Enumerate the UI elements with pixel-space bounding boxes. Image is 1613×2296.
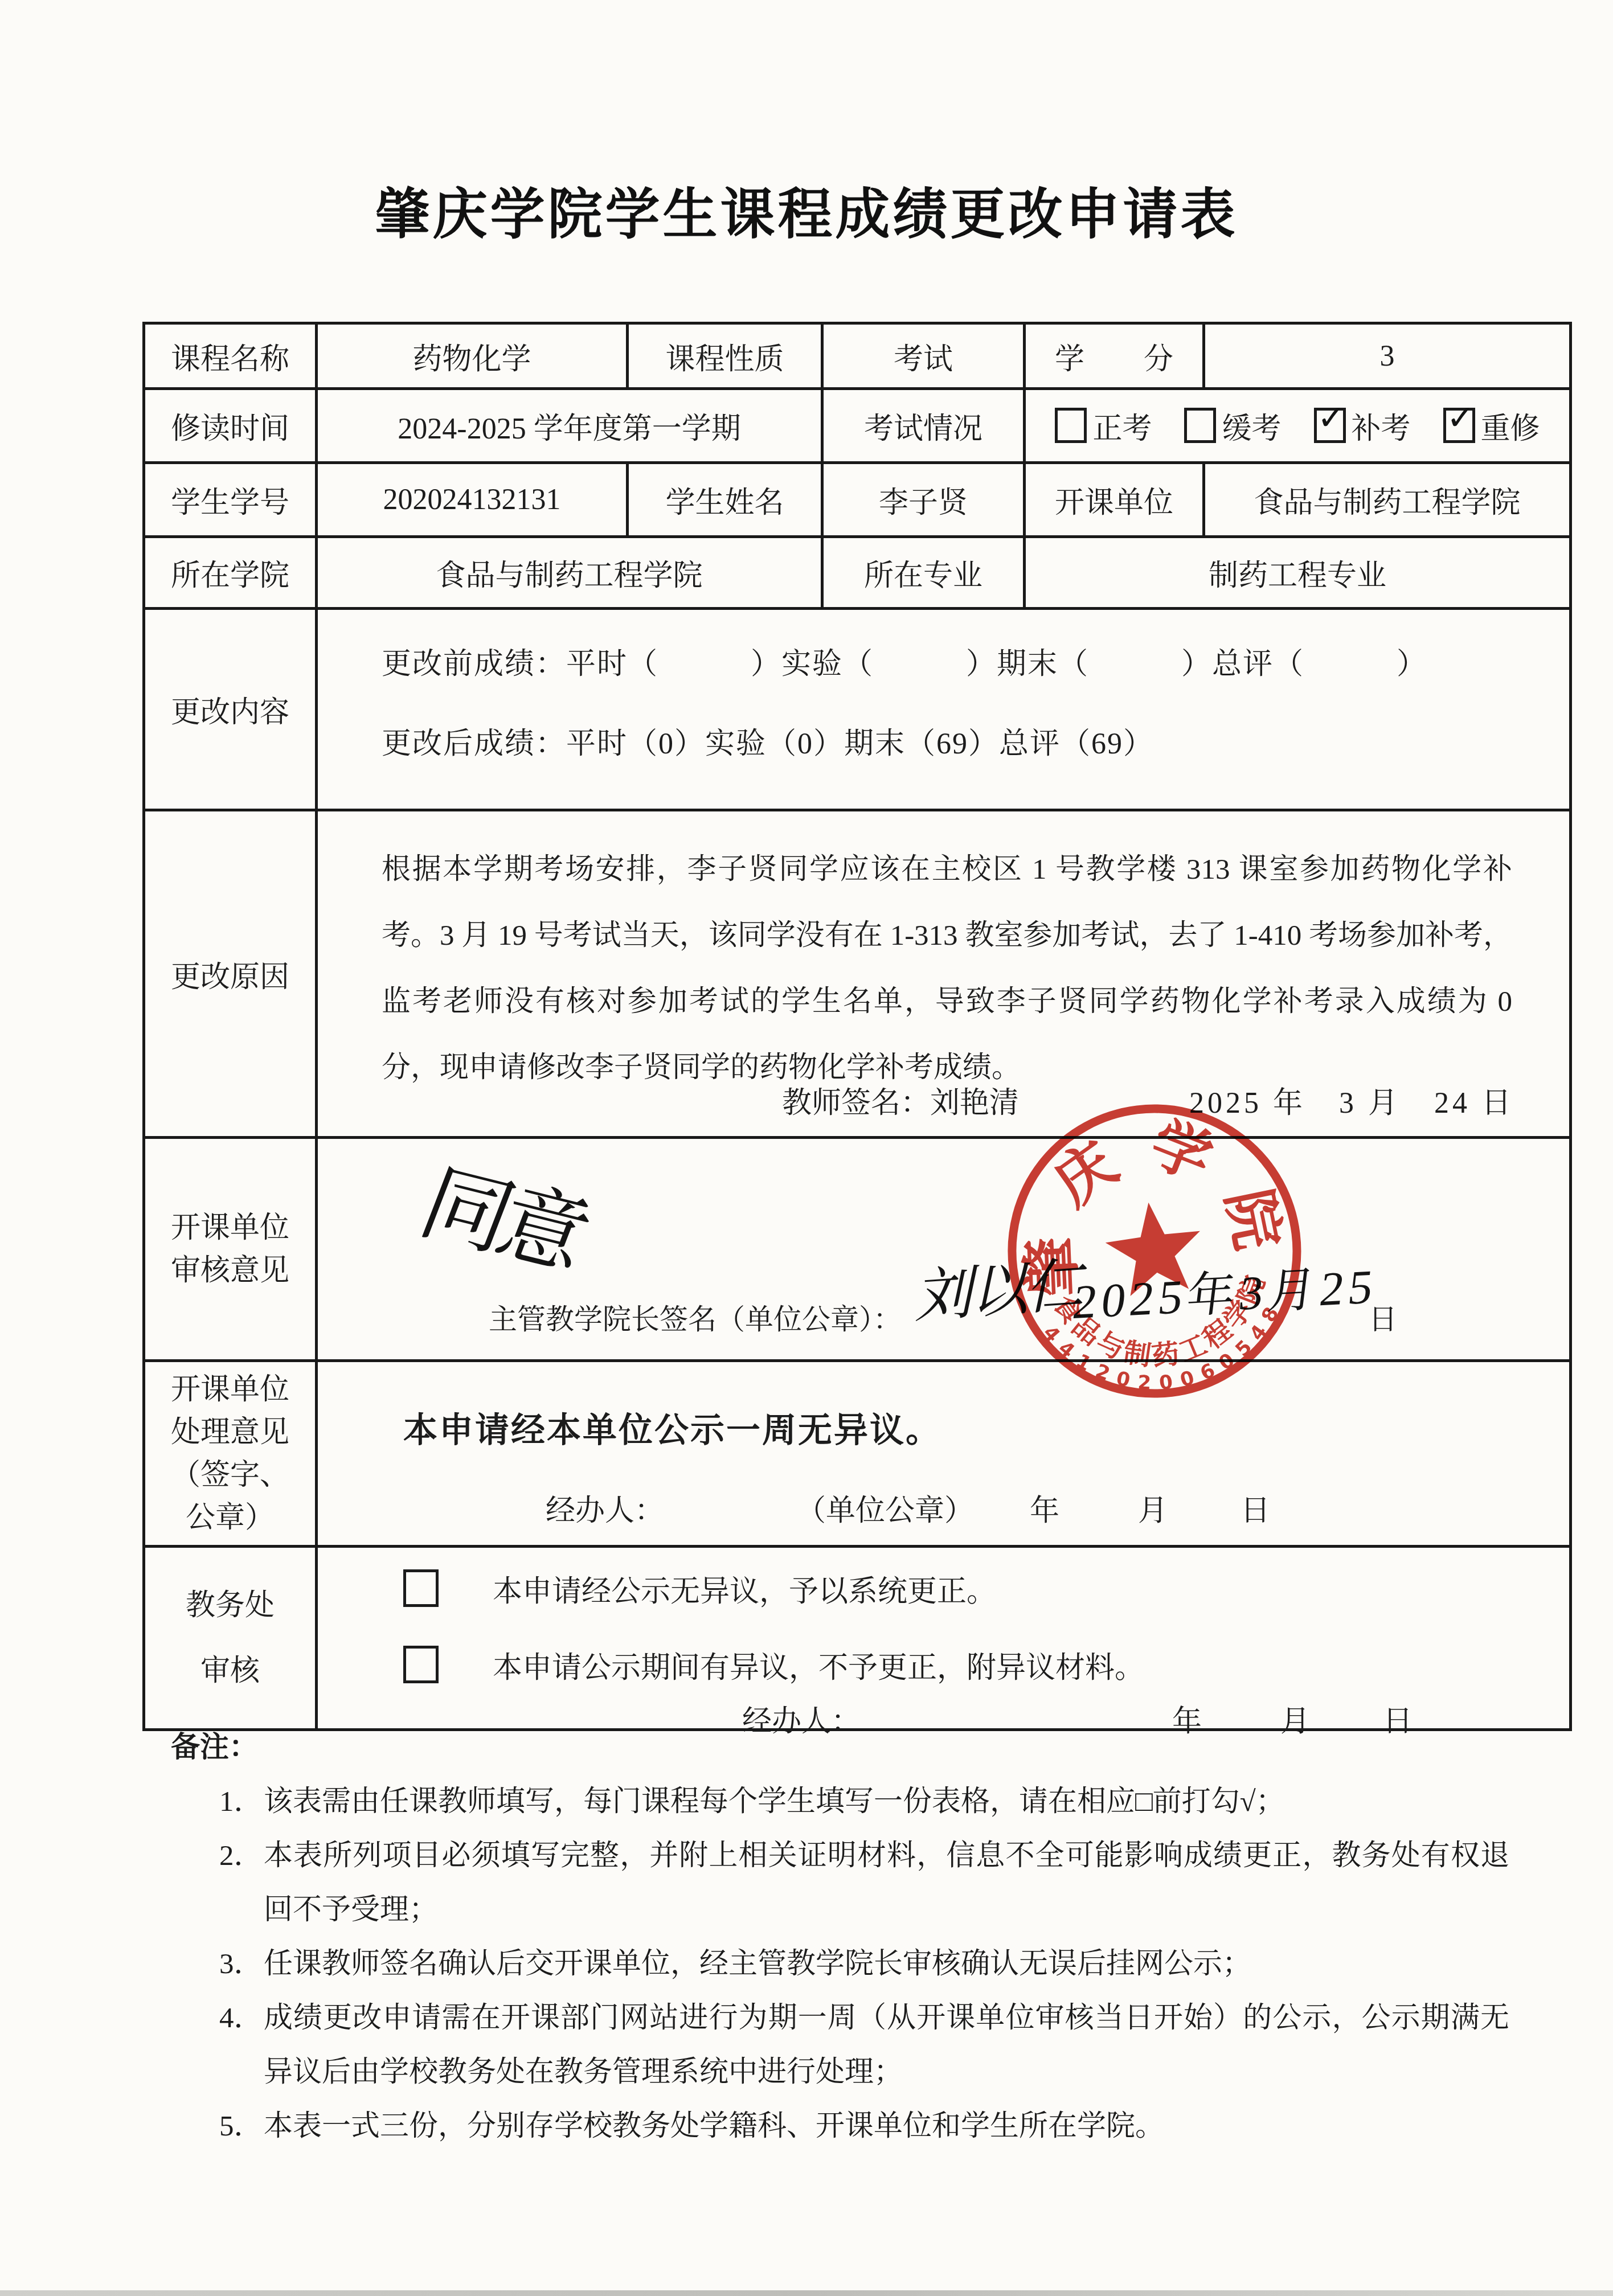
change-content-cell: 更改前成绩：平时（ ）实验（ ）期末（ ）总评（ ） 更改后成绩：平时（0）实验… bbox=[317, 609, 1571, 810]
change-reason-cell: 根据本学期考场安排，李子贤同学应该在主校区 1 号教学楼 313 课室参加药物化… bbox=[317, 810, 1571, 1138]
note-item: 5． 本表一式三份，分别存学校教务处学籍科、开课单位和学生所在学院。 bbox=[219, 2100, 1509, 2154]
dean-sign-label: 主管教学院长签名（单位公章）： bbox=[489, 1297, 902, 1338]
change-reason-label: 更改原因 bbox=[144, 810, 317, 1138]
college-label: 所在学院 bbox=[144, 537, 317, 609]
major-label: 所在专业 bbox=[822, 537, 1025, 609]
unit-decision-operator-line: 经办人： （单位公章） 年 月 日 bbox=[318, 1486, 1569, 1526]
note-item: 1． 该表需由任课教师填写，每门课程每个学生填写一份表格，请在相应□前打勾√； bbox=[219, 1775, 1509, 1829]
course-type-label: 课程性质 bbox=[628, 323, 822, 389]
note-number: 2． bbox=[219, 1829, 264, 1937]
change-content-label: 更改内容 bbox=[144, 609, 317, 810]
checkbox-chongxiu-icon bbox=[1443, 408, 1475, 443]
year-label: 年 bbox=[1030, 1486, 1059, 1529]
student-name-label: 学生姓名 bbox=[628, 463, 822, 537]
row-registry-review: 教务处 审核 本申请经公示无异议，予以系统更正。 本申请公示期间有异议，不予更正… bbox=[144, 1547, 1571, 1730]
exam-option-zhengkao: 正考 bbox=[1055, 404, 1152, 447]
exam-option-bukao: 补考 bbox=[1314, 404, 1411, 447]
offering-unit-value: 食品与制药工程学院 bbox=[1204, 463, 1571, 537]
row-change-reason: 更改原因 根据本学期考场安排，李子贤同学应该在主校区 1 号教学楼 313 课室… bbox=[144, 810, 1571, 1138]
checkbox-no-objection-icon bbox=[403, 1569, 439, 1607]
registry-label-line1: 教务处 bbox=[145, 1584, 315, 1627]
exam-option-chongxiu: 重修 bbox=[1443, 404, 1540, 447]
note-text: 该表需由任课教师填写，每门课程每个学生填写一份表格，请在相应□前打勾√； bbox=[264, 1775, 1509, 1829]
note-item: 3． 任课教师签名确认后交开课单位，经主管教学院长审核确认无误后挂网公示； bbox=[219, 1937, 1509, 1991]
row-course-info: 课程名称 药物化学 课程性质 考试 学 分 3 bbox=[144, 323, 1571, 389]
row-term-exam-status: 修读时间 2024-2025 学年度第一学期 考试情况 正考 缓考 补考 重修 bbox=[144, 389, 1571, 463]
grade-change-form-table: 课程名称 药物化学 课程性质 考试 学 分 3 修读时间 2024-2025 学… bbox=[142, 322, 1572, 1731]
row-unit-decision: 开课单位 处理意见 （签字、 公章） 本申请经本单位公示一周无异议。 经办人： … bbox=[144, 1361, 1571, 1547]
checkbox-objection-icon bbox=[403, 1646, 439, 1683]
course-name-value: 药物化学 bbox=[317, 323, 628, 389]
unit-decision-label-line4: 公章） bbox=[145, 1496, 315, 1539]
note-text: 任课教师签名确认后交开课单位，经主管教学院长审核确认无误后挂网公示； bbox=[264, 1937, 1509, 1991]
handwritten-dean-signature: 刘以仁 bbox=[911, 1237, 1096, 1334]
exam-option-label: 补考 bbox=[1352, 413, 1411, 445]
unit-decision-label-line3: （签字、 bbox=[145, 1454, 315, 1496]
student-name-value: 李子贤 bbox=[822, 463, 1025, 537]
scores-after-line: 更改后成绩：平时（0）实验（0）期末（69）总评（69） bbox=[382, 719, 1154, 762]
publicity-statement: 本申请经本单位公示一周无异议。 bbox=[403, 1403, 941, 1452]
registry-option-2: 本申请公示期间有异议，不予更正，附异议材料。 bbox=[403, 1643, 1144, 1686]
offering-unit-label: 开课单位 bbox=[1025, 463, 1204, 537]
checkbox-zhengkao-icon bbox=[1055, 408, 1087, 443]
unit-review-label-line1: 开课单位 bbox=[145, 1207, 315, 1249]
unit-review-label: 开课单位 审核意见 bbox=[144, 1138, 317, 1361]
scanned-grade-change-form: 肇庆学院学生课程成绩更改申请表 课程名称 药物化学 课程性质 考试 学 分 3 … bbox=[0, 0, 1613, 2296]
note-item: 2． 本表所列项目必须填写完整，并附上相关证明材料，信息不全可能影响成绩更正，教… bbox=[219, 1829, 1509, 1937]
unit-decision-label-line2: 处理意见 bbox=[145, 1411, 315, 1454]
unit-decision-label-line1: 开课单位 bbox=[145, 1368, 315, 1411]
notes-header: 备注： bbox=[171, 1721, 1509, 1775]
checkbox-huankao-icon bbox=[1184, 408, 1216, 443]
teacher-sign-label: 教师签名： bbox=[782, 1087, 930, 1120]
scores-before-line: 更改前成绩：平时（ ）实验（ ）期末（ ）总评（ ） bbox=[382, 639, 1427, 682]
row-student-info: 学生学号 202024132131 学生姓名 李子贤 开课单位 食品与制药工程学… bbox=[144, 463, 1571, 537]
month-label: 月 bbox=[1138, 1486, 1168, 1529]
note-text: 本表一式三份，分别存学校教务处学籍科、开课单位和学生所在学院。 bbox=[264, 2100, 1509, 2154]
unit-review-label-line2: 审核意见 bbox=[145, 1249, 315, 1292]
row-college-major: 所在学院 食品与制药工程学院 所在专业 制药工程专业 bbox=[144, 537, 1571, 609]
note-number: 5． bbox=[219, 2100, 264, 2154]
registry-option-1-text: 本申请经公示无异议，予以系统更正。 bbox=[493, 1576, 996, 1608]
checkbox-bukao-icon bbox=[1314, 408, 1346, 443]
credits-value: 3 bbox=[1204, 323, 1571, 389]
student-id-value: 202024132131 bbox=[317, 463, 628, 537]
registry-review-label: 教务处 审核 bbox=[144, 1547, 317, 1730]
operator-label: 经办人： bbox=[546, 1486, 664, 1529]
course-name-label: 课程名称 bbox=[144, 323, 317, 389]
unit-decision-cell: 本申请经本单位公示一周无异议。 经办人： （单位公章） 年 月 日 bbox=[317, 1361, 1571, 1547]
term-value: 2024-2025 学年度第一学期 bbox=[317, 389, 822, 463]
exam-option-label: 正考 bbox=[1092, 413, 1152, 445]
course-type-value: 考试 bbox=[822, 323, 1025, 389]
college-value: 食品与制药工程学院 bbox=[317, 537, 822, 609]
registry-option-1: 本申请经公示无异议，予以系统更正。 bbox=[403, 1567, 996, 1610]
change-reason-paragraph: 根据本学期考场安排，李子贤同学应该在主校区 1 号教学楼 313 课室参加药物化… bbox=[382, 837, 1512, 1101]
note-number: 1． bbox=[219, 1775, 264, 1829]
registry-review-cell: 本申请经公示无异议，予以系统更正。 本申请公示期间有异议，不予更正，附异议材料。… bbox=[317, 1547, 1571, 1730]
note-number: 4． bbox=[219, 1991, 264, 2100]
exam-option-label: 缓考 bbox=[1222, 413, 1281, 445]
term-label: 修读时间 bbox=[144, 389, 317, 463]
registry-option-2-text: 本申请公示期间有异议，不予更正，附异议材料。 bbox=[493, 1652, 1144, 1684]
exam-status-label: 考试情况 bbox=[822, 389, 1025, 463]
unit-decision-label: 开课单位 处理意见 （签字、 公章） bbox=[144, 1361, 317, 1547]
seal-label: （单位公章） bbox=[796, 1486, 974, 1529]
credits-label: 学 分 bbox=[1025, 323, 1204, 389]
note-item: 4． 成绩更改申请需在开课部门网站进行为期一周（从开课单位审核当日开始）的公示，… bbox=[219, 1991, 1509, 2100]
notes-section: 备注： 1． 该表需由任课教师填写，每门课程每个学生填写一份表格，请在相应□前打… bbox=[171, 1721, 1509, 2154]
note-text: 成绩更改申请需在开课部门网站进行为期一周（从开课单位审核当日开始）的公示，公示期… bbox=[264, 1991, 1509, 2100]
exam-option-huankao: 缓考 bbox=[1184, 404, 1281, 447]
exam-option-label: 重修 bbox=[1481, 413, 1540, 445]
note-number: 3． bbox=[219, 1937, 264, 1991]
student-id-label: 学生学号 bbox=[144, 463, 317, 537]
exam-status-options: 正考 缓考 补考 重修 bbox=[1025, 389, 1571, 463]
day-label: 日 bbox=[1241, 1486, 1270, 1529]
major-value: 制药工程专业 bbox=[1025, 537, 1571, 609]
form-title: 肇庆学院学生课程成绩更改申请表 bbox=[0, 171, 1613, 249]
row-change-content: 更改内容 更改前成绩：平时（ ）实验（ ）期末（ ）总评（ ） 更改后成绩：平时… bbox=[144, 609, 1571, 810]
note-text: 本表所列项目必须填写完整，并附上相关证明材料，信息不全可能影响成绩更正，教务处有… bbox=[264, 1829, 1509, 1937]
registry-label-line2: 审核 bbox=[145, 1650, 315, 1692]
